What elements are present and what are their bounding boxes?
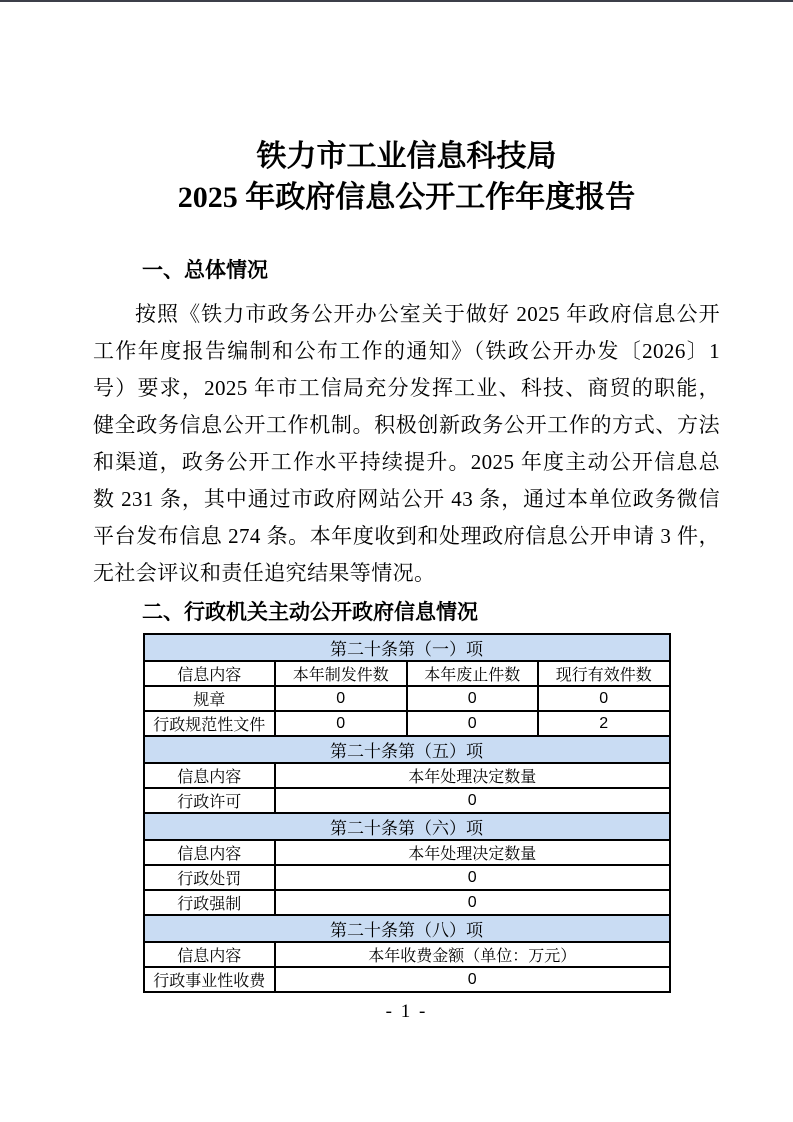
document-title-line2: 2025 年政府信息公开工作年度报告 [93, 177, 720, 218]
table-header-row-item1: 信息内容 本年制发件数 本年废止件数 现行有效件数 [144, 661, 670, 686]
table-row-admin-penalty: 行政处罚 0 [144, 865, 670, 890]
table-row-normative-docs: 行政规范性文件 0 0 2 [144, 711, 670, 736]
table-band-item6: 第二十条第（六）项 [144, 813, 670, 840]
section-2-heading: 二、行政机关主动公开政府信息情况 [93, 600, 720, 626]
row-label-admin-licensing: 行政许可 [144, 788, 276, 813]
normative-docs-issued-value: 0 [275, 711, 407, 736]
table-header-row-item5: 信息内容 本年处理决定数量 [144, 763, 670, 788]
table-row-admin-fees: 行政事业性收费 0 [144, 967, 670, 992]
admin-penalty-value: 0 [275, 865, 670, 890]
disclosure-table: 第二十条第（一）项 信息内容 本年制发件数 本年废止件数 现行有效件数 规章 0… [143, 633, 671, 993]
page-top-edge [0, 0, 793, 2]
row-label-admin-penalty: 行政处罚 [144, 865, 276, 890]
admin-licensing-value: 0 [275, 788, 670, 813]
column-header-info-content-item6: 信息内容 [144, 840, 276, 865]
normative-docs-abolished-value: 0 [407, 711, 539, 736]
column-header-info-content-item5: 信息内容 [144, 763, 276, 788]
rules-effective-value: 0 [538, 686, 670, 711]
document-title: 铁力市工业信息科技局 2025 年政府信息公开工作年度报告 [93, 136, 720, 218]
row-label-admin-fees: 行政事业性收费 [144, 967, 276, 992]
rules-issued-value: 0 [275, 686, 407, 711]
row-label-rules: 规章 [144, 686, 276, 711]
column-header-fees-item8: 本年收费金额（单位：万元） [275, 942, 670, 967]
column-header-decisions-item5: 本年处理决定数量 [275, 763, 670, 788]
page-number: - 1 - [93, 1001, 720, 1023]
table-band-item8: 第二十条第（八）项 [144, 915, 670, 942]
table-header-row-item8: 信息内容 本年收费金额（单位：万元） [144, 942, 670, 967]
column-header-abolished: 本年废止件数 [407, 661, 539, 686]
row-label-normative-docs: 行政规范性文件 [144, 711, 276, 736]
normative-docs-effective-value: 2 [538, 711, 670, 736]
document-page: 铁力市工业信息科技局 2025 年政府信息公开工作年度报告 一、总体情况 按照《… [0, 136, 793, 1023]
table-band-item6-title: 第二十条第（六）项 [144, 813, 670, 840]
column-header-decisions-item6: 本年处理决定数量 [275, 840, 670, 865]
document-title-line1: 铁力市工业信息科技局 [93, 136, 720, 177]
table-header-row-item6: 信息内容 本年处理决定数量 [144, 840, 670, 865]
column-header-info-content-item8: 信息内容 [144, 942, 276, 967]
table-band-item1-title: 第二十条第（一）项 [144, 634, 670, 661]
table-row-admin-licensing: 行政许可 0 [144, 788, 670, 813]
admin-coercion-value: 0 [275, 890, 670, 915]
table-row-rules: 规章 0 0 0 [144, 686, 670, 711]
column-header-info-content: 信息内容 [144, 661, 276, 686]
table-band-item8-title: 第二十条第（八）项 [144, 915, 670, 942]
column-header-effective: 现行有效件数 [538, 661, 670, 686]
rules-abolished-value: 0 [407, 686, 539, 711]
row-label-admin-coercion: 行政强制 [144, 890, 276, 915]
section-1-heading: 一、总体情况 [93, 258, 720, 284]
section-1-paragraph: 按照《铁力市政务公开办公室关于做好 2025 年政府信息公开工作年度报告编制和公… [93, 296, 720, 592]
column-header-issued: 本年制发件数 [275, 661, 407, 686]
table-band-item5: 第二十条第（五）项 [144, 736, 670, 763]
admin-fees-value: 0 [275, 967, 670, 992]
table-band-item5-title: 第二十条第（五）项 [144, 736, 670, 763]
table-row-admin-coercion: 行政强制 0 [144, 890, 670, 915]
table-band-item1: 第二十条第（一）项 [144, 634, 670, 661]
